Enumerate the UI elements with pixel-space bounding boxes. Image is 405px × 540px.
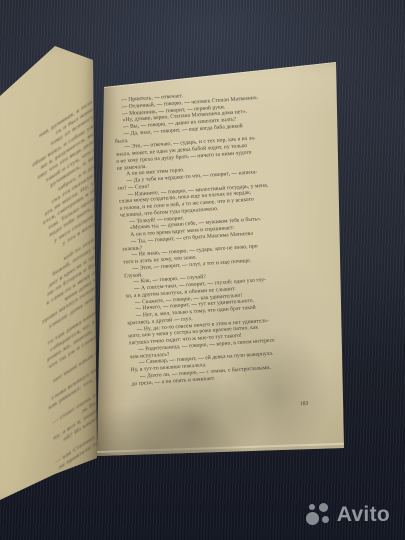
avito-dots-icon bbox=[306, 502, 332, 528]
right-page: — Приятель, — отвечает.— Отличный, — гов… bbox=[95, 60, 347, 458]
left-page: ная, румяная, в телесь и был манетому от… bbox=[0, 44, 100, 502]
page-text: — Приятель, — отвечает.— Отличный, — гов… bbox=[112, 83, 349, 387]
page-edge-highlight bbox=[97, 443, 345, 454]
page-edge-highlight bbox=[0, 37, 58, 97]
left-page-text: ная, румяная, в телесь и был манетому от… bbox=[0, 98, 117, 532]
page-edge-highlight bbox=[102, 59, 339, 87]
avito-wordmark: Avito bbox=[337, 503, 390, 527]
book-photo: ная, румяная, в телесь и был манетому от… bbox=[0, 0, 405, 540]
avito-watermark: Avito bbox=[306, 502, 390, 528]
page-number: 183 bbox=[300, 401, 309, 407]
